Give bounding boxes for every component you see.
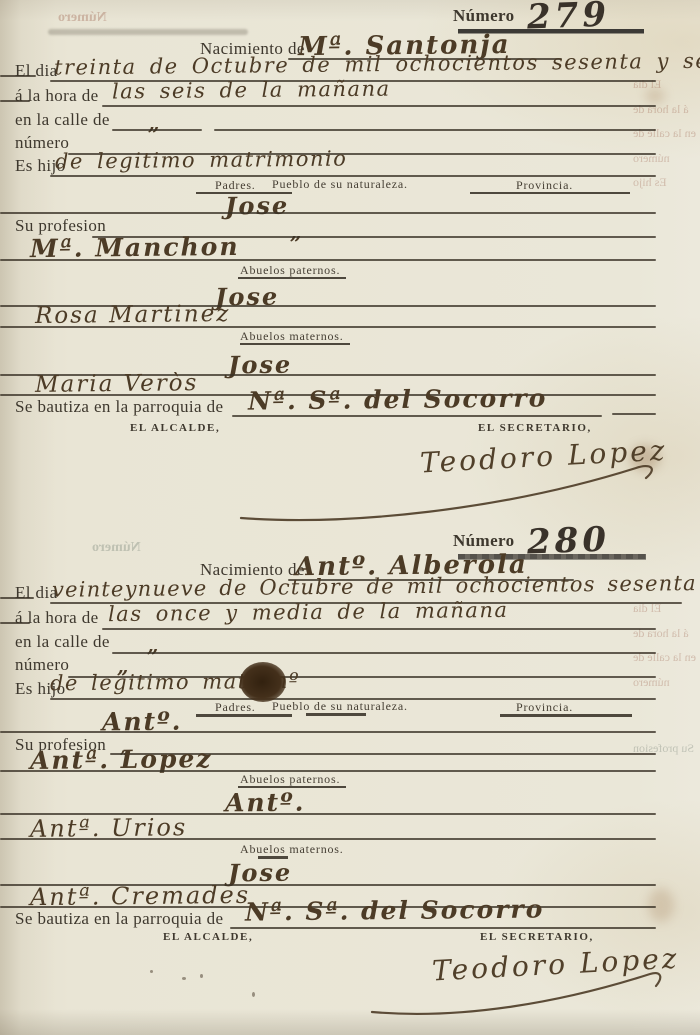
bleedthrough-line: Su profesion [633, 736, 694, 761]
bleedthrough-smudge [48, 29, 248, 35]
es-hijo-value: de legitimo matrimonio [55, 146, 348, 173]
hora-value: las seis de la mañana [112, 77, 391, 104]
header-underline [470, 192, 630, 194]
numero-label: Número [453, 531, 515, 551]
ink-speck [252, 992, 255, 997]
abuelos-paternos-header: Abuelos paternos. [240, 772, 340, 787]
parroquia-value: Nª. Sª. del Socorro [248, 383, 548, 415]
rule-line [112, 652, 656, 654]
padre-value: Jose [225, 191, 289, 221]
ink-blot [240, 662, 286, 702]
header-underline [306, 713, 366, 716]
rule-line [102, 628, 656, 630]
bleedthrough-line: en la calle de [633, 121, 696, 146]
rule-line [230, 927, 656, 929]
hora-label: á la hora de [15, 608, 99, 628]
rule-line [0, 259, 656, 261]
alcalde-label: EL ALCALDE, [163, 931, 253, 943]
bleedthrough-line: número [633, 670, 696, 695]
alcalde-label: EL ALCALDE, [130, 422, 220, 434]
numero-label: Número [453, 6, 515, 26]
rule-line [112, 129, 202, 131]
ink-speck [200, 974, 203, 978]
el-dia-value: veinteynueve de Octubre de mil ochocient… [52, 570, 700, 602]
rule-line [214, 129, 656, 131]
hora-label: á la hora de [15, 86, 99, 106]
calle-value: „ [148, 111, 160, 135]
abuelos-maternos-header: Abuelos maternos. [240, 842, 344, 857]
signature-flourish [238, 452, 663, 527]
bleedthrough-line: á la hora de [633, 621, 696, 646]
rule-line [0, 100, 30, 102]
rule-line [0, 622, 30, 624]
el-dia-value: treinta de Octubre de mil ochocientos se… [54, 48, 700, 79]
bleedthrough-line: Es hijo [633, 170, 696, 195]
secretario-label: EL SECRETARIO, [478, 422, 592, 434]
rule-line [102, 105, 656, 107]
calle-label: en la calle de [15, 632, 110, 652]
rule-line [0, 597, 34, 599]
abuela-paterna-value: Rosa Martinez [35, 301, 231, 329]
calle-label: en la calle de [15, 110, 110, 130]
rule-line [0, 212, 656, 214]
bleedthrough-line: en la calle de [633, 645, 696, 670]
profesion-value: „ [290, 220, 302, 244]
registry-page: Número El dia á la hora de en la calle d… [0, 0, 700, 1035]
provincia-header: Provincia. [516, 178, 573, 193]
paper-stain [645, 88, 665, 104]
bleedthrough-line: número [633, 146, 696, 171]
el-dia-label: El dia [15, 61, 58, 81]
provincia-header: Provincia. [516, 700, 573, 715]
padres-header: Padres. [215, 700, 256, 715]
header-underline [500, 714, 632, 717]
header-underline [238, 277, 346, 279]
ink-speck [150, 970, 153, 973]
bleedthrough-numero-top-left: Número [58, 6, 107, 31]
ink-speck [182, 977, 186, 980]
rule-line [0, 731, 656, 733]
bautiza-label: Se bautiza en la parroquia de [15, 397, 223, 417]
secretario-label: EL SECRETARIO, [480, 931, 594, 943]
parroquia-value: Nª. Sª. del Socorro [245, 894, 545, 926]
header-underline [240, 343, 350, 345]
bleedthrough-numero-mid-left: Número [92, 536, 141, 561]
rule-line [0, 75, 36, 77]
pueblo-header: Pueblo de su naturaleza. [272, 177, 408, 192]
paper-stain [648, 888, 674, 922]
bleedthrough-text-right-low: Su profesion [633, 736, 694, 761]
bautiza-label: Se bautiza en la parroquia de [15, 909, 223, 929]
rule-line [0, 326, 656, 328]
signature-flourish [368, 962, 668, 1020]
bleedthrough-line: á la hora de [633, 97, 696, 122]
pueblo-header: Pueblo de su naturaleza. [272, 699, 408, 714]
bleedthrough-text-right-mid: El dia á la hora de en la calle de númer… [633, 596, 696, 694]
rule-line [0, 838, 656, 840]
rule-line [232, 415, 602, 417]
bleedthrough-line: El dia [633, 596, 696, 621]
rule-line [612, 413, 656, 415]
hora-value: las once y media de la mañana [108, 598, 509, 626]
abuelos-maternos-header: Abuelos maternos. [240, 329, 344, 344]
header-underline [196, 714, 292, 717]
abuelos-paternos-header: Abuelos paternos. [240, 263, 340, 278]
